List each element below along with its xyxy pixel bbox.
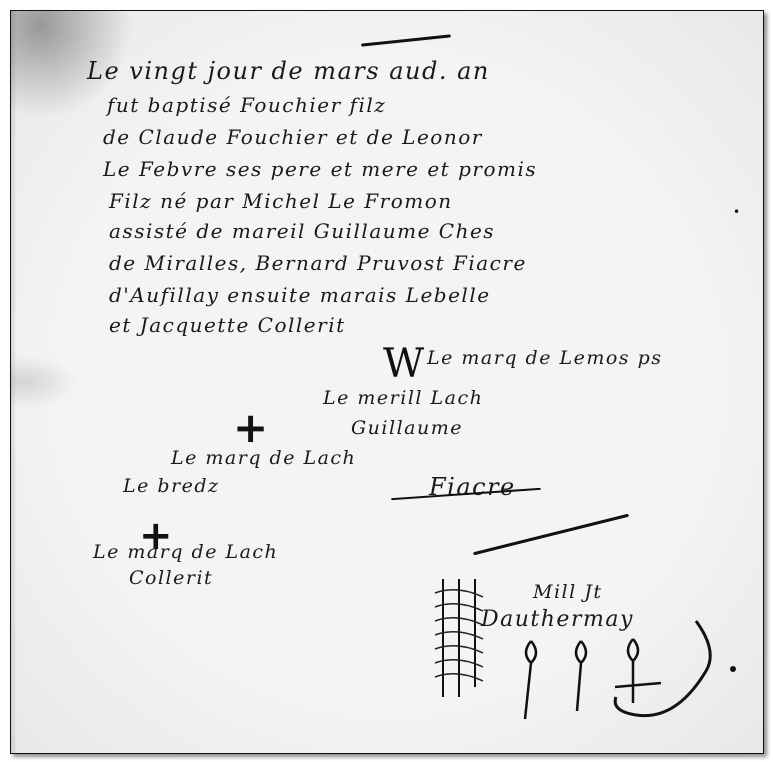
body-line-8: d'Aufillay ensuite marais Lebelle xyxy=(109,283,491,307)
signature-9: Mill Jt xyxy=(533,581,602,603)
ladder-mark-icon xyxy=(431,579,491,699)
body-line-7: de Miralles, Bernard Pruvost Fiacre xyxy=(109,251,527,275)
signature-4: Le marq de Lach xyxy=(171,447,356,469)
signature-1: Le marq de Lemos ps xyxy=(427,347,663,369)
signature-flourish-2 xyxy=(473,514,629,556)
body-line-3: de Claude Fouchier et de Leonor xyxy=(103,125,483,149)
body-line-1: Le vingt jour de mars aud. an xyxy=(87,57,490,85)
bottom-signature-flourish-icon xyxy=(511,611,741,731)
manuscript-page: Le vingt jour de mars aud. an fut baptis… xyxy=(10,10,764,754)
signature-5: Le bredz xyxy=(123,475,220,497)
signature-7: Le marq de Lach xyxy=(93,541,278,563)
signature-2: Le merill Lach xyxy=(323,387,483,409)
body-line-9: et Jacquette Collerit xyxy=(109,313,346,337)
signature-flourish-w: W xyxy=(383,341,424,387)
body-line-6: assisté de mareil Guillaume Ches xyxy=(109,219,495,243)
page-edge-shadow xyxy=(11,11,17,753)
signature-6: Fiacre xyxy=(429,473,516,501)
margin-dot: • xyxy=(733,205,740,219)
cross-mark-1: + xyxy=(233,403,268,452)
body-line-4: Le Febvre ses pere et mere et promis xyxy=(103,157,537,181)
top-pen-flourish xyxy=(361,34,451,46)
body-line-5: Filz né par Michel Le Fromon xyxy=(109,189,453,213)
signature-8: Collerit xyxy=(129,567,213,589)
body-line-2: fut baptisé Fouchier filz xyxy=(107,93,386,117)
signature-3: Guillaume xyxy=(351,417,463,439)
